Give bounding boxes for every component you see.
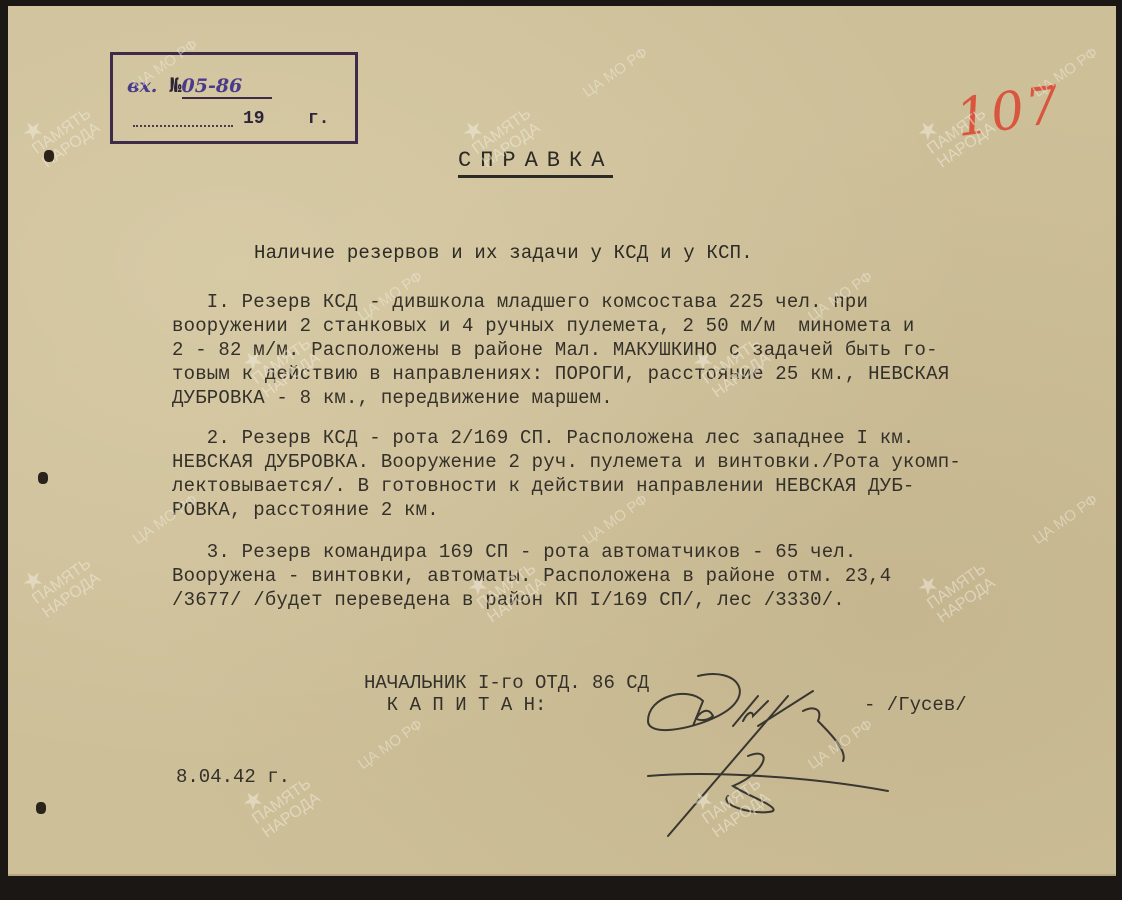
handwritten-signature [608,666,908,846]
text-line: I. Резерв КСД - дившкола младшего комсос… [172,290,1102,314]
stamp-number-value: 05-86 [182,75,273,99]
text-line: 2. Резерв КСД - рота 2/169 СП. Расположе… [172,426,1102,450]
signatory-title: НАЧАЛЬНИК I-го ОТД. 86 СД К А П И Т А Н: [364,672,649,716]
watermark-pamyat-naroda: ★ПАМЯТЬНАРОДА [19,541,103,621]
stamp-number-label: № [169,73,181,97]
document-subtitle: Наличие резервов и их задачи у КСД и у К… [254,242,753,264]
stamp-year-suffix: г. [308,109,330,129]
document-page: вх. №05-86 19 г. 107 СПРАВКА Наличие рез… [8,6,1116,876]
punch-hole [36,802,46,814]
text-line: РОВКА, расстояние 2 км. [172,498,1102,522]
star-icon: ★ [19,541,84,594]
text-line: Вооружена - винтовки, автоматы. Располож… [172,564,1102,588]
text-line: ДУБРОВКА - 8 км., передвижение маршем. [172,386,1102,410]
paragraph-1: I. Резерв КСД - дившкола младшего комсос… [172,290,1102,410]
text-line: лектовывается/. В готовности к действии … [172,474,1102,498]
star-icon: ★ [459,91,524,144]
registration-stamp: вх. №05-86 19 г. [110,52,358,144]
text-line: 3. Резерв командира 169 СП - рота автома… [172,540,1102,564]
text-line: НЕВСКАЯ ДУБРОВКА. Вооружение 2 руч. пуле… [172,450,1102,474]
text-line: 2 - 82 м/м. Расположены в районе Мал. МА… [172,338,1102,362]
folio-number: 107 [952,75,1065,149]
stamp-year-line: 19 г. [243,109,329,129]
watermark-archive: ЦА МО РФ [355,716,426,773]
watermark-text: ПАМЯТЬ [29,555,94,608]
watermark-text: НАРОДА [39,569,104,622]
watermark-pamyat-naroda: ★ПАМЯТЬНАРОДА [19,91,103,171]
signatory-position: НАЧАЛЬНИК I-го ОТД. 86 СД [364,672,649,694]
star-icon: ★ [19,91,84,144]
stamp-year: 19 [243,109,265,129]
paragraph-2: 2. Резерв КСД - рота 2/169 СП. Расположе… [172,426,1102,522]
paragraph-3: 3. Резерв командира 169 СП - рота автома… [172,540,1102,612]
watermark-archive: ЦА МО РФ [580,44,651,101]
punch-hole [44,150,54,162]
document-date: 8.04.42 г. [176,766,290,788]
signatory-rank: К А П И Т А Н: [364,694,649,716]
stamp-dotted-line [133,125,233,127]
stamp-prefix: вх. [127,75,157,97]
watermark-text: НАРОДА [259,789,324,842]
watermark-text: ПАМЯТЬ [29,105,94,158]
watermark-text: НАРОДА [39,119,104,172]
text-line: /3677/ /будет переведена в район КП I/16… [172,588,1102,612]
text-line: товым к действию в направлениях: ПОРОГИ,… [172,362,1102,386]
punch-hole [38,472,48,484]
stamp-number-line: вх. №05-86 [127,73,272,97]
text-line: вооружении 2 станковых и 4 ручных пулеме… [172,314,1102,338]
document-title: СПРАВКА [458,148,613,178]
